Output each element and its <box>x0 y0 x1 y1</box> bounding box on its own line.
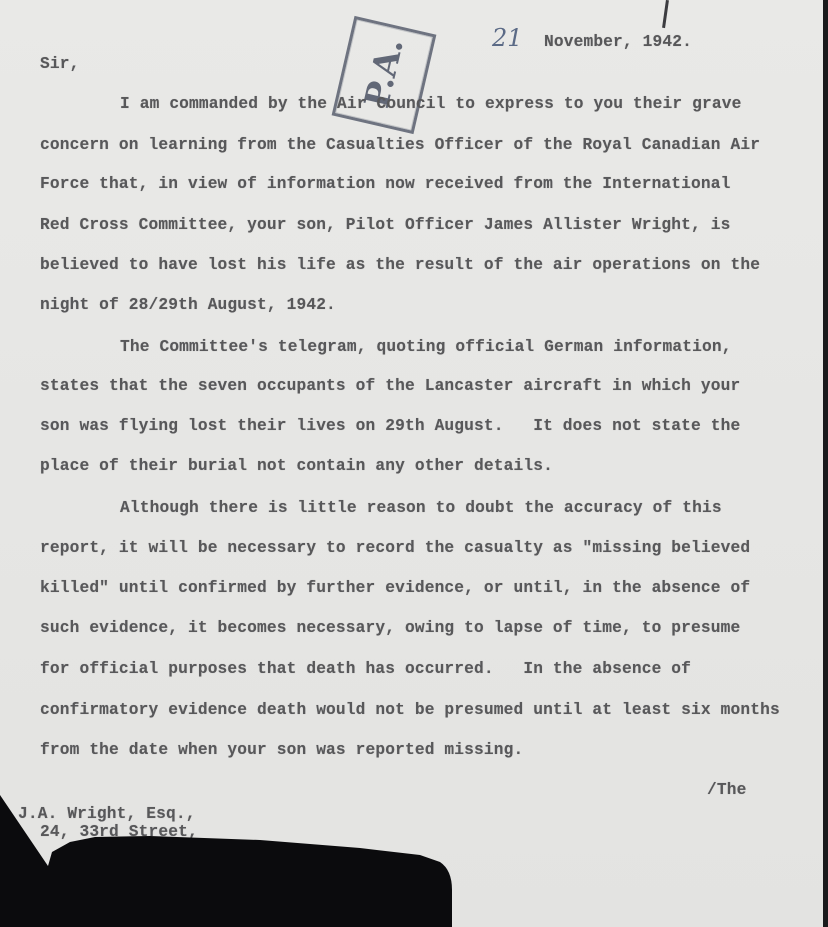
redaction-mask <box>0 0 828 927</box>
